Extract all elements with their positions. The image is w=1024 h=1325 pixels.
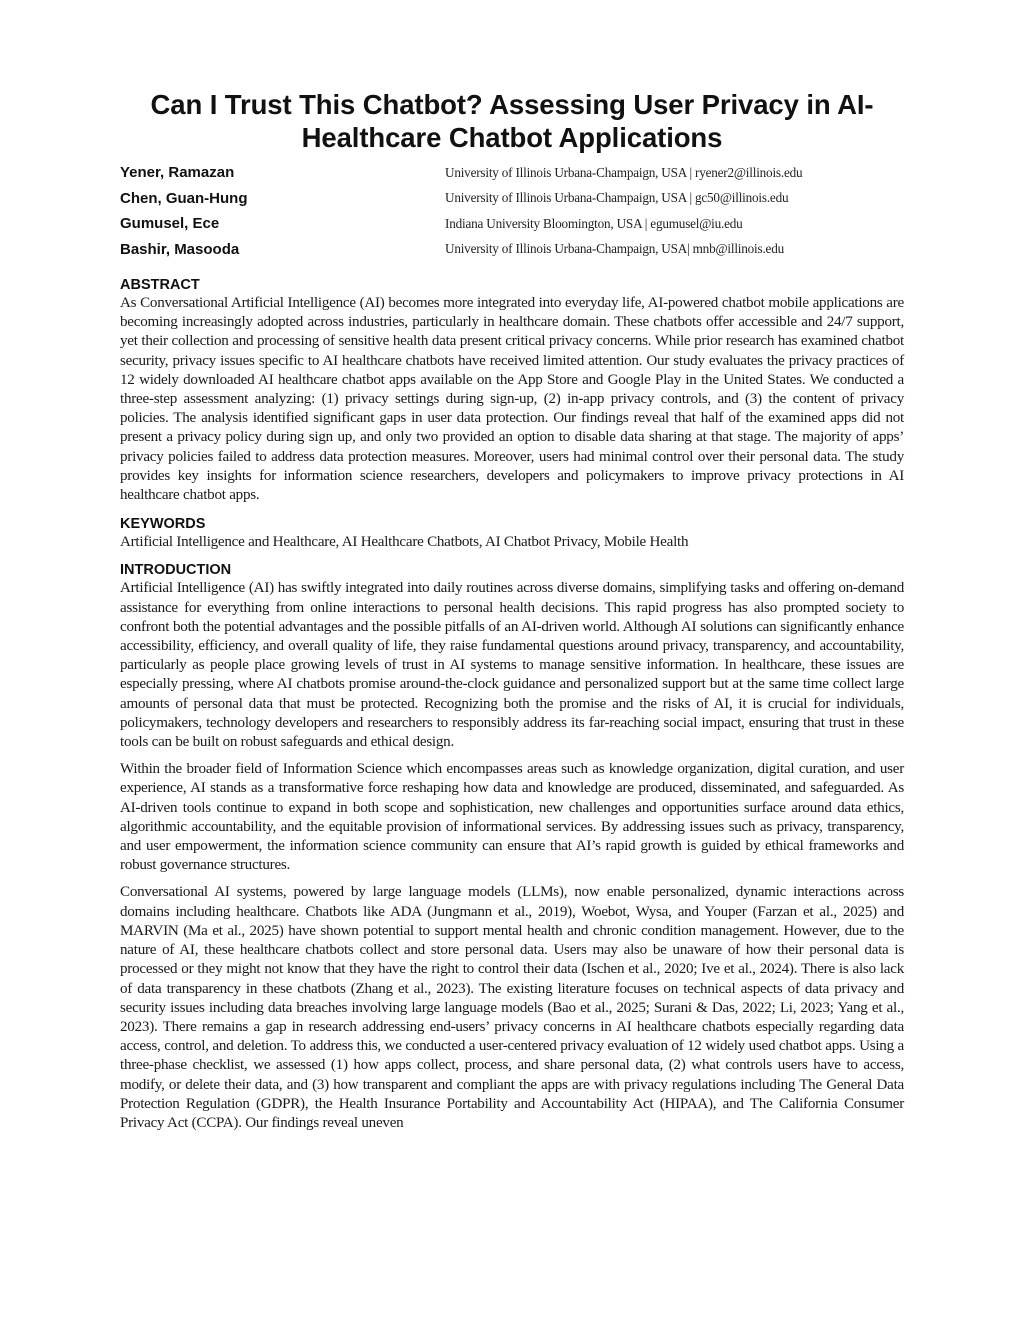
- introduction-paragraph-2: Within the broader field of Information …: [120, 760, 904, 875]
- introduction-section: INTRODUCTION Artificial Intelligence (AI…: [120, 561, 904, 1133]
- introduction-paragraph-3: Conversational AI systems, powered by la…: [120, 883, 904, 1133]
- keywords-heading: KEYWORDS: [120, 515, 904, 533]
- introduction-heading: INTRODUCTION: [120, 561, 904, 579]
- author-affiliation: University of Illinois Urbana-Champaign,…: [445, 165, 802, 181]
- paper-page: Can I Trust This Chatbot? Assessing User…: [120, 88, 904, 1133]
- author-row: Chen, Guan-Hung University of Illinois U…: [120, 186, 904, 212]
- abstract-heading: ABSTRACT: [120, 276, 904, 294]
- author-list: Yener, Ramazan University of Illinois Ur…: [120, 160, 904, 262]
- author-row: Yener, Ramazan University of Illinois Ur…: [120, 160, 904, 186]
- author-row: Bashir, Masooda University of Illinois U…: [120, 237, 904, 263]
- author-row: Gumusel, Ece Indiana University Blooming…: [120, 211, 904, 237]
- abstract-text: As Conversational Artificial Intelligenc…: [120, 294, 904, 505]
- author-name: Gumusel, Ece: [120, 215, 445, 232]
- keywords-text: Artificial Intelligence and Healthcare, …: [120, 533, 904, 552]
- author-affiliation: University of Illinois Urbana-Champaign,…: [445, 241, 784, 257]
- author-affiliation: University of Illinois Urbana-Champaign,…: [445, 190, 788, 206]
- keywords-section: KEYWORDS Artificial Intelligence and Hea…: [120, 515, 904, 552]
- author-name: Chen, Guan-Hung: [120, 190, 445, 207]
- paper-title: Can I Trust This Chatbot? Assessing User…: [120, 88, 904, 154]
- author-name: Yener, Ramazan: [120, 164, 445, 181]
- introduction-paragraph-1: Artificial Intelligence (AI) has swiftly…: [120, 579, 904, 752]
- author-affiliation: Indiana University Bloomington, USA | eg…: [445, 216, 743, 232]
- abstract-section: ABSTRACT As Conversational Artificial In…: [120, 276, 904, 505]
- author-name: Bashir, Masooda: [120, 241, 445, 258]
